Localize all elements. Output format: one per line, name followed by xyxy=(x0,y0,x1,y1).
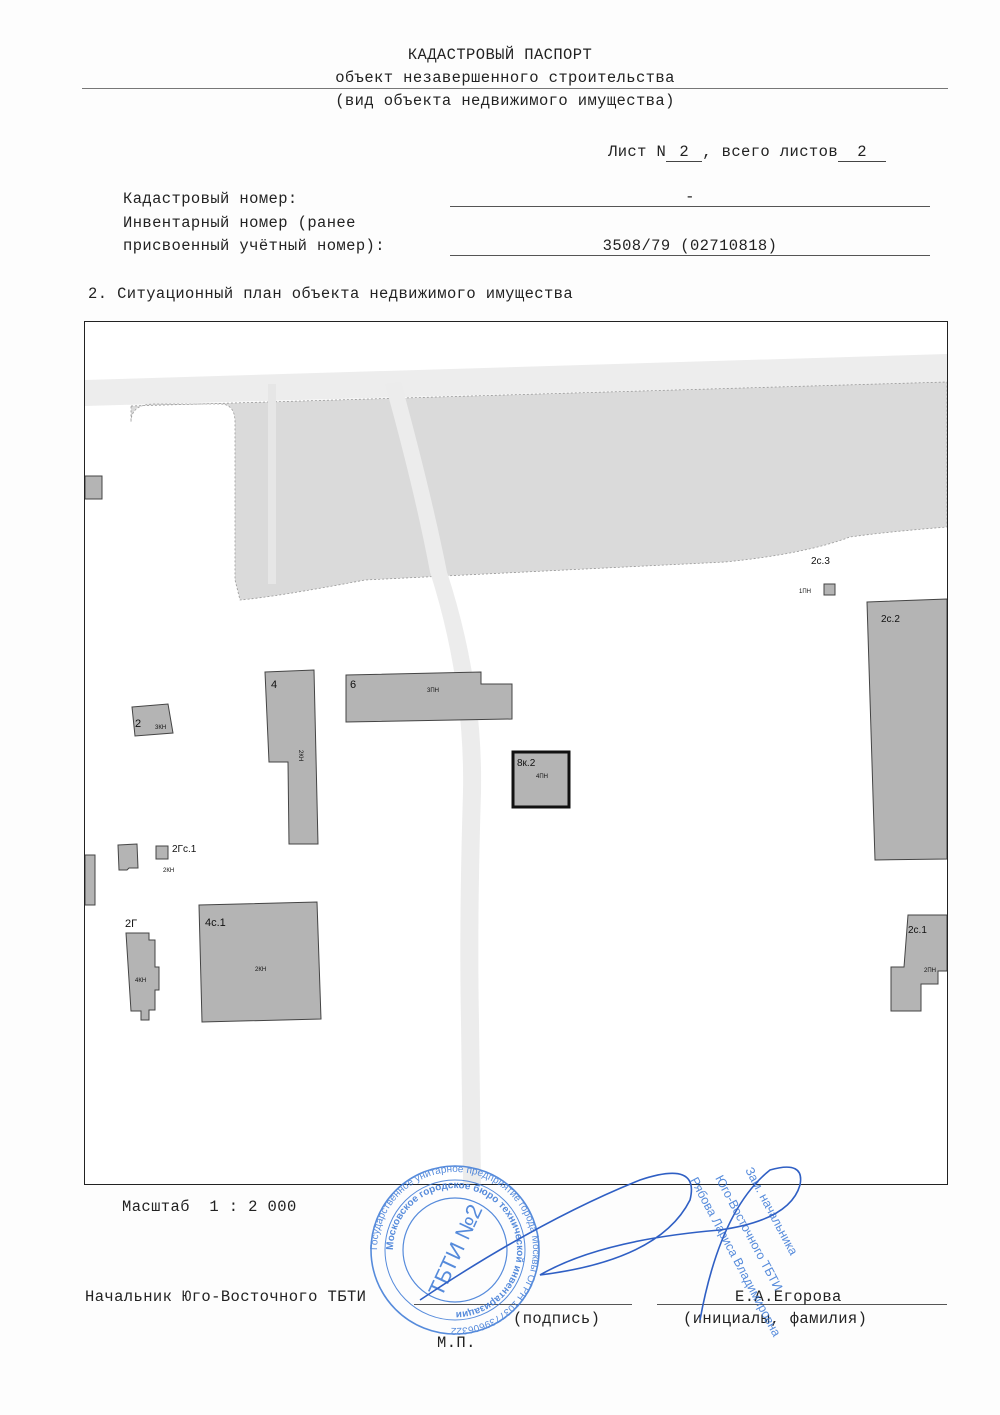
signature-caption: (подпись) xyxy=(513,1310,600,1328)
building-number-label: 2с.3 xyxy=(811,556,830,567)
sheet-number: 2 xyxy=(666,143,702,162)
scale: Масштаб 1 : 2 000 xyxy=(122,1198,297,1216)
building-number-label: 2Гс.1 xyxy=(172,844,197,855)
building-floors-label: 4ПН xyxy=(536,774,548,780)
sheet-separator: , всего листов xyxy=(702,143,838,161)
cadastral-passport-page: КАДАСТРОВЫЙ ПАСПОРТ объект незавершенног… xyxy=(0,0,1000,1415)
building-edge-2 xyxy=(85,855,95,905)
object-type-caption: (вид объекта недвижимого имущества) xyxy=(80,92,930,110)
building-number-label: 2с.2 xyxy=(881,614,900,625)
building-4 xyxy=(265,670,318,844)
name-caption: (инициалы, фамилия) xyxy=(683,1310,867,1328)
situation-plan: 23КН42КН63ПН8к.24ПН2Гс.12КН2Г4КН4с.12КН2… xyxy=(84,321,948,1185)
building-floors-label: 3ПН xyxy=(427,688,439,694)
building-number-label: 2 xyxy=(135,718,141,730)
building-floors-label: 2КН xyxy=(297,750,303,761)
section-title: 2. Ситуационный план объекта недвижимого… xyxy=(88,285,573,303)
signer-position: Начальник Юго-Восточного ТБТИ xyxy=(85,1288,366,1306)
inventory-number-label-1: Инвентарный номер (ранее xyxy=(123,214,356,232)
scale-value: 1 : 2 000 xyxy=(209,1198,296,1216)
inventory-number-label-2: присвоенный учётный номер): xyxy=(123,237,385,255)
cadastral-number-label: Кадастровый номер: xyxy=(123,190,298,208)
document-title: КАДАСТРОВЫЙ ПАСПОРТ xyxy=(0,46,1000,64)
building-floors-label: 2КН xyxy=(163,868,174,874)
building-number-label: 2Г xyxy=(125,918,137,930)
building-2s2 xyxy=(867,599,947,860)
stamp-line: Юго-Восточного ТБТИ xyxy=(712,1173,785,1293)
road-faint xyxy=(268,384,276,584)
cadastral-number-value: - xyxy=(450,188,930,206)
object-type: объект незавершенного строительства xyxy=(80,69,930,87)
building-number-label: 4 xyxy=(271,679,277,691)
building-number-label: 2с.1 xyxy=(908,925,927,936)
building-floors-label: 1ПН xyxy=(799,589,811,595)
building-shed xyxy=(118,844,138,870)
signature-line xyxy=(414,1304,632,1305)
inventory-number-line xyxy=(450,255,930,256)
scale-label: Масштаб xyxy=(122,1198,190,1216)
building-number-label: 6 xyxy=(350,679,356,691)
inventory-number-value: 3508/79 (02710818) xyxy=(450,237,930,255)
divider xyxy=(82,88,948,89)
signer-name: Е.А.Егорова xyxy=(735,1288,842,1306)
svg-text:Московское городское бюро техн: Московское городское бюро технической ин… xyxy=(385,1180,525,1320)
plan-drawing: 23КН42КН63ПН8к.24ПН2Гс.12КН2Г4КН4с.12КН2… xyxy=(85,322,947,1184)
building-2g xyxy=(126,933,159,1020)
building-number-label: 8к.2 xyxy=(517,758,536,769)
building-6 xyxy=(346,672,512,722)
building-floors-label: 3КН xyxy=(155,725,166,731)
zone-area xyxy=(131,382,947,600)
building-2gs1 xyxy=(156,846,168,859)
sheet-total: 2 xyxy=(838,143,886,162)
sheet-counter: Лист N2, всего листов2 xyxy=(608,143,886,162)
building-2s3 xyxy=(824,584,835,595)
building-edge-1 xyxy=(85,476,102,499)
sheet-prefix: Лист N xyxy=(608,143,666,161)
building-floors-label: 2ПН xyxy=(924,968,936,974)
cadastral-number-line xyxy=(450,206,930,207)
building-floors-label: 4КН xyxy=(135,978,146,984)
svg-text:ТБТИ №2: ТБТИ №2 xyxy=(423,1200,487,1299)
building-number-label: 4с.1 xyxy=(205,917,226,929)
building-floors-label: 2КН xyxy=(255,967,266,973)
seal-place-caption: М.П. xyxy=(437,1334,476,1352)
